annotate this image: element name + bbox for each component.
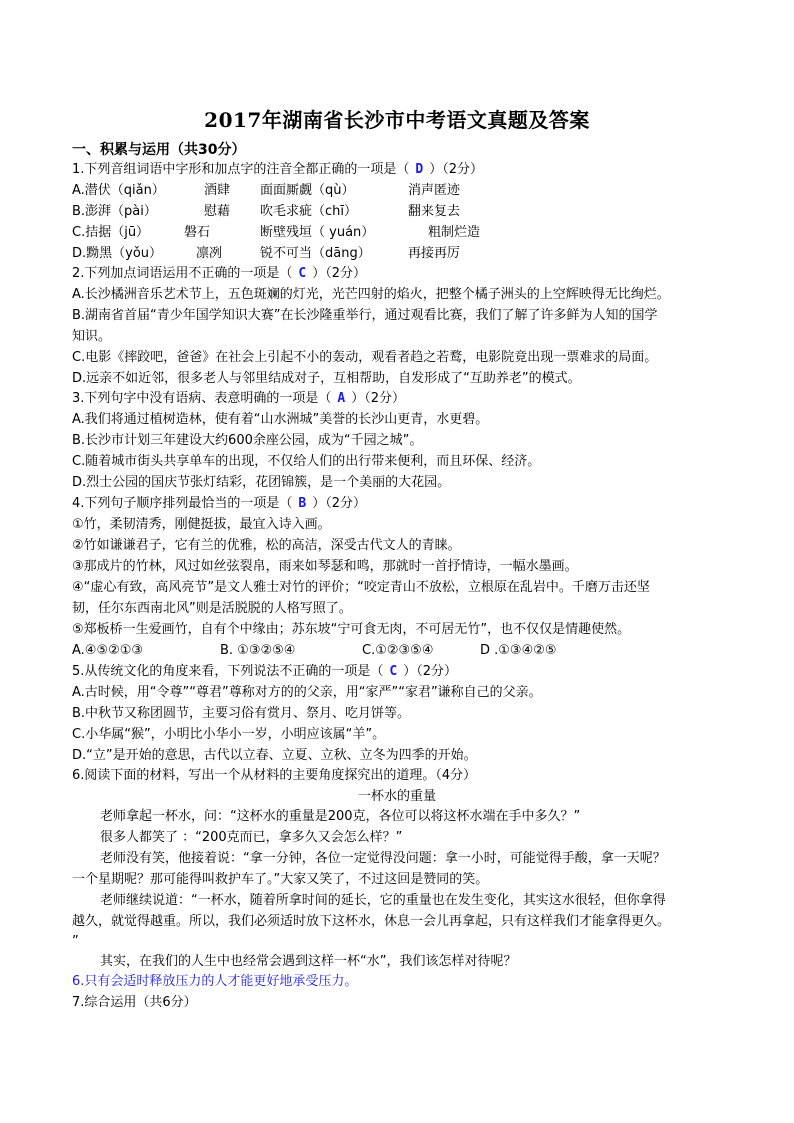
option-cell: 粗制烂造 bbox=[428, 223, 480, 243]
q2-option-line: 知识。 bbox=[72, 327, 111, 347]
option-cell: 锐不可当（dāng） bbox=[260, 244, 371, 264]
option-cell: 磐石 bbox=[184, 223, 210, 243]
q5-option-line: B.中秋节又称团圆节，主要习俗有赏月、祭月、吃月饼等。 bbox=[72, 704, 410, 724]
q6-answer: 6.只有会适时释放压力的人才能更好地承受压力。 bbox=[72, 972, 357, 992]
q4-sentence-line: 韧，任尔东西南北风”则是活脱脱的人格写照了。 bbox=[72, 599, 352, 619]
option-cell: 面面厮觑（qù） bbox=[260, 181, 355, 201]
page-title: 2017年湖南省长沙市中考语文真题及答案 bbox=[0, 104, 794, 133]
question-score: ）（2分） bbox=[351, 391, 405, 406]
option-cell: D .①③④②⑤ bbox=[480, 641, 557, 661]
q1-option-row: A.潜伏（qiǎn） 酒肆 面面厮觑（qù） 消声匿迹 bbox=[72, 181, 732, 201]
q4-sentence-line: ④“虚心有致，高风亮节”是文人雅士对竹的评价；“咬定青山不放松，立根原在乱岩中。… bbox=[72, 578, 650, 598]
q3-option-line: A.我们将通过植树造林，使有着“山水洲城”美誉的长沙山更青，水更碧。 bbox=[72, 410, 488, 430]
passage-line: 老师没有笑，他接着说：“拿一分钟，各位一定觉得没问题：拿一小时，可能觉得手酸，拿… bbox=[100, 849, 666, 869]
q4-sentence-line: ③那成片的竹林，风过如丝弦裂帛，雨来如琴瑟和鸣，那就时一首抒情诗，一幅水墨画。 bbox=[72, 557, 578, 577]
answer-letter: C bbox=[292, 266, 312, 281]
q2-option-line: D.远亲不如近邻，很多老人与邻里结成对子，互相帮助，自发形成了“互助养老”的模式… bbox=[72, 369, 581, 389]
question-1-stem: 1.下列音组词语中字形和加点字的注音全都正确的一项是（D）（2分） bbox=[72, 160, 483, 180]
passage-title: 一杯水的重量 bbox=[0, 787, 794, 807]
question-stem-text: 2.下列加点词语运用不正确的一项是（ bbox=[72, 266, 292, 281]
question-4-stem: 4.下列句子顺序排列最恰当的一项是（B）（2分） bbox=[72, 494, 366, 514]
option-cell: 再接再厉 bbox=[408, 244, 460, 264]
q5-option-line: D.“立”是开始的意思，古代以立春、立夏、立秋、立冬为四季的开始。 bbox=[72, 746, 477, 766]
question-5-stem: 5.从传统文化的角度来看，下列说法不正确的一项是（C）（2分） bbox=[72, 662, 457, 682]
option-cell: C.拮据（jū） bbox=[72, 223, 149, 243]
q3-option-line: D.烈士公园的国庆节张灯结彩，花团锦簇，是一个美丽的大花园。 bbox=[72, 473, 450, 493]
section-heading: 一、积累与运用（共30分） bbox=[72, 140, 245, 160]
question-score: ）（2分） bbox=[312, 496, 366, 511]
q4-sentence-line: ②竹如谦谦君子，它有兰的优雅，松的高洁，深受古代文人的青睐。 bbox=[72, 536, 461, 556]
question-stem-text: 3.下列句字中没有语病、表意明确的一项是（ bbox=[72, 391, 331, 406]
answer-letter: C bbox=[383, 664, 403, 679]
option-cell: C.①②③⑤④ bbox=[362, 641, 433, 661]
passage-line: ” bbox=[72, 932, 79, 952]
question-score: ）（2分） bbox=[429, 162, 483, 177]
question-2-stem: 2.下列加点词语运用不正确的一项是（C）（2分） bbox=[72, 264, 366, 284]
answer-letter: A bbox=[331, 391, 351, 406]
answer-letter: B bbox=[292, 496, 312, 511]
q1-option-row: B.澎湃（pài） 慰藉 吹毛求疵（chī） 翻来复去 bbox=[72, 202, 732, 222]
passage-line: 老师拿起一杯水，问：“这杯水的重量是200克，各位可以将这杯水端在手中多久？” bbox=[100, 807, 580, 827]
option-cell: 断壁残垣（ yuán） bbox=[260, 223, 374, 243]
option-cell: 酒肆 bbox=[204, 181, 230, 201]
question-3-stem: 3.下列句字中没有语病、表意明确的一项是（A）（2分） bbox=[72, 389, 405, 409]
passage-line: 其实，在我们的人生中也经常会遇到这样一杯“水”，我们该怎样对待呢？ bbox=[100, 952, 516, 972]
question-7-stem: 7.综合运用（共6分） bbox=[72, 993, 197, 1013]
question-6-stem: 6.阅读下面的材料，写出一个从材料的主要角度探究出的道理。（4分） bbox=[72, 766, 476, 786]
passage-line: 一个星期呢？那可能得叫救护车了。”大家又笑了，不过这回是赞同的笑。 bbox=[72, 870, 488, 890]
q1-option-row: D.黝黑（yǒu） 凛冽 锐不可当（dāng） 再接再厉 bbox=[72, 244, 732, 264]
option-cell: B. ①③②⑤④ bbox=[220, 641, 295, 661]
option-cell: A.潜伏（qiǎn） bbox=[72, 181, 165, 201]
option-cell: 凛冽 bbox=[196, 244, 222, 264]
q3-option-line: C.随着城市街头共享单车的出现，不仅给人们的出行带来便利，而且环保、经济。 bbox=[72, 452, 540, 472]
option-cell: D.黝黑（yǒu） bbox=[72, 244, 162, 264]
question-stem-text: 4.下列句子顺序排列最恰当的一项是（ bbox=[72, 496, 292, 511]
passage-line: 老师继续说道：“一杯水，随着所拿时间的延长，它的重量也在发生变化，其实这水很轻，… bbox=[100, 891, 666, 911]
option-cell: B.澎湃（pài） bbox=[72, 202, 157, 222]
passage-line: 越久，就觉得越重。所以，我们必须适时放下这杯水，休息一会儿再拿起，只有这样我们才… bbox=[72, 912, 670, 932]
document-page: 2017年湖南省长沙市中考语文真题及答案 一、积累与运用（共30分） 1.下列音… bbox=[0, 0, 794, 1123]
option-cell: 翻来复去 bbox=[408, 202, 460, 222]
q4-option-row: A.④⑤②①③ B. ①③②⑤④ C.①②③⑤④ D .①③④②⑤ bbox=[72, 641, 732, 661]
passage-line: 很多人都笑了 ：“200克而已，拿多久又会怎么样？” bbox=[100, 828, 402, 848]
question-stem-text: 1.下列音组词语中字形和加点字的注音全都正确的一项是（ bbox=[72, 162, 409, 177]
q4-sentence-line: ⑤郑板桥一生爱画竹，自有个中缘由；苏东坡“宁可食无肉，不可居无竹”，也不仅仅是情… bbox=[72, 620, 630, 640]
q2-option-line: C.电影《摔跤吧，爸爸》在社会上引起不小的轰动，观看者趋之若鹜，电影院竟出现一票… bbox=[72, 348, 657, 368]
answer-letter: D bbox=[409, 162, 429, 177]
option-cell: 消声匿迹 bbox=[408, 181, 460, 201]
question-stem-text: 5.从传统文化的角度来看，下列说法不正确的一项是（ bbox=[72, 664, 383, 679]
q2-option-line: B.湖南省首届“青少年国学知识大赛”在长沙隆重举行，通过观看比赛，我们了解了许多… bbox=[72, 306, 658, 326]
option-cell: 慰藉 bbox=[204, 202, 230, 222]
option-cell: 吹毛求疵（chī） bbox=[260, 202, 357, 222]
q1-option-row: C.拮据（jū） 磐石 断壁残垣（ yuán） 粗制烂造 bbox=[72, 223, 732, 243]
q5-option-line: C.小华属“猴”，小明比小华小一岁，小明应该属“羊”。 bbox=[72, 725, 385, 745]
question-score: ）（2分） bbox=[403, 664, 457, 679]
q4-sentence-line: ①竹，柔韧清秀，刚健挺拔，最宜入诗入画。 bbox=[72, 515, 331, 535]
q5-option-line: A.古时候，用“令尊”“尊君”尊称对方的的父亲，用“家严”“家君”谦称自己的父亲… bbox=[72, 683, 542, 703]
q3-option-line: B.长沙市计划三年建设大约600余座公园，成为“千园之城”。 bbox=[72, 431, 422, 451]
question-score: ）（2分） bbox=[312, 266, 366, 281]
q2-option-line: A.长沙橘洲音乐艺术节上，五色斑斓的灯光，光芒四射的焰火，把整个橘子洲头的上空辉… bbox=[72, 285, 670, 305]
option-cell: A.④⑤②①③ bbox=[72, 641, 143, 661]
